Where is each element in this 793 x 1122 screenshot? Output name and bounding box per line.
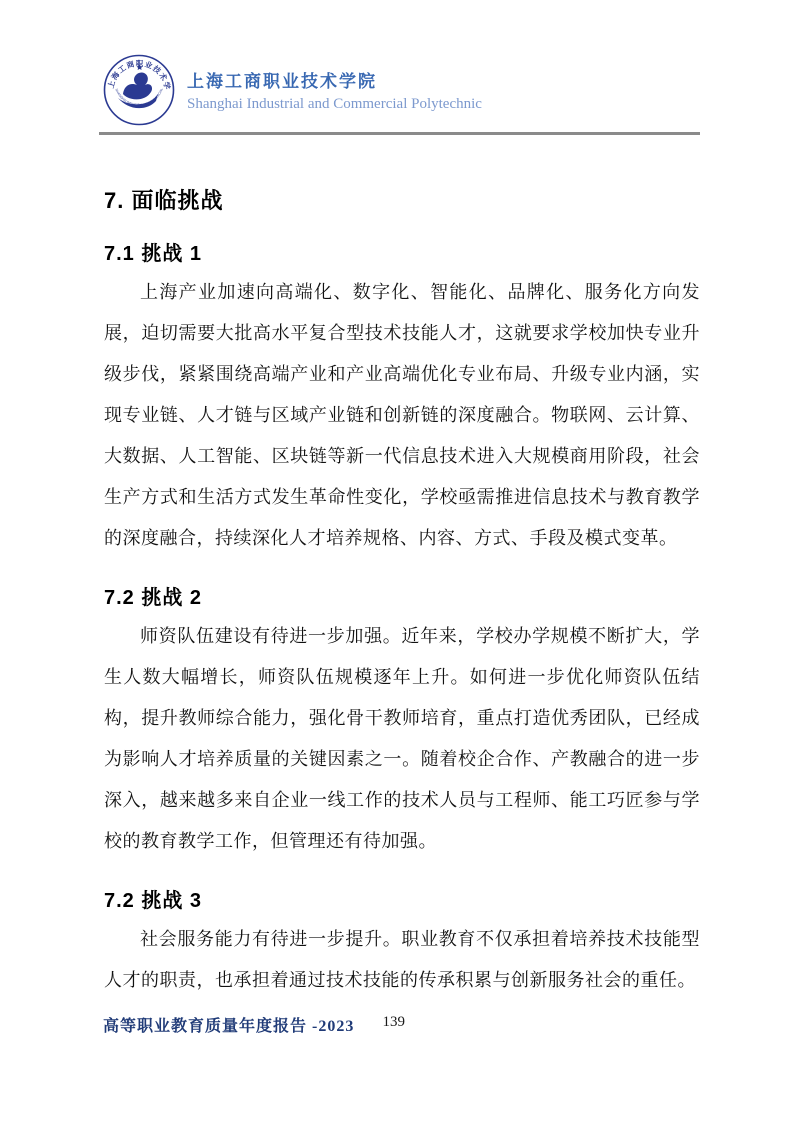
header-divider <box>99 132 700 135</box>
school-name-block: 上海工商职业技术学院 Shanghai Industrial and Comme… <box>187 67 482 113</box>
school-seal-logo: 上海工商职业技术学院 SHANGHAI INDUSTRIAL & COMMERC… <box>103 54 175 126</box>
page-header: 上海工商职业技术学院 SHANGHAI INDUSTRIAL & COMMERC… <box>103 54 698 126</box>
section-heading-challenge-1: 7.1 挑战 1 <box>104 237 700 266</box>
section-heading-challenge-2: 7.2 挑战 2 <box>104 581 700 610</box>
paragraph-challenge-1: 上海产业加速向高端化、数字化、智能化、品牌化、服务化方向发展，迫切需要大批高水平… <box>104 272 700 559</box>
document-page: 上海工商职业技术学院 SHANGHAI INDUSTRIAL & COMMERC… <box>0 0 793 1122</box>
chapter-title: 7. 面临挑战 <box>104 184 700 215</box>
document-body: 7. 面临挑战 7.1 挑战 1 上海产业加速向高端化、数字化、智能化、品牌化、… <box>104 170 700 1011</box>
school-name-en: Shanghai Industrial and Commercial Polyt… <box>187 96 482 113</box>
footer-page-number: 139 <box>383 1014 406 1031</box>
paragraph-challenge-3: 社会服务能力有待进一步提升。职业教育不仅承担着培养技术技能型人才的职责，也承担着… <box>104 919 700 1001</box>
section-heading-challenge-3: 7.2 挑战 3 <box>104 884 700 913</box>
school-name-zh: 上海工商职业技术学院 <box>187 67 482 92</box>
footer-report-title: 高等职业教育质量年度报告 -2023 <box>103 1013 354 1036</box>
paragraph-challenge-2: 师资队伍建设有待进一步加强。近年来，学校办学规模不断扩大，学生人数大幅增长，师资… <box>104 616 700 862</box>
page-footer: 高等职业教育质量年度报告 -2023 139 <box>103 1013 698 1041</box>
